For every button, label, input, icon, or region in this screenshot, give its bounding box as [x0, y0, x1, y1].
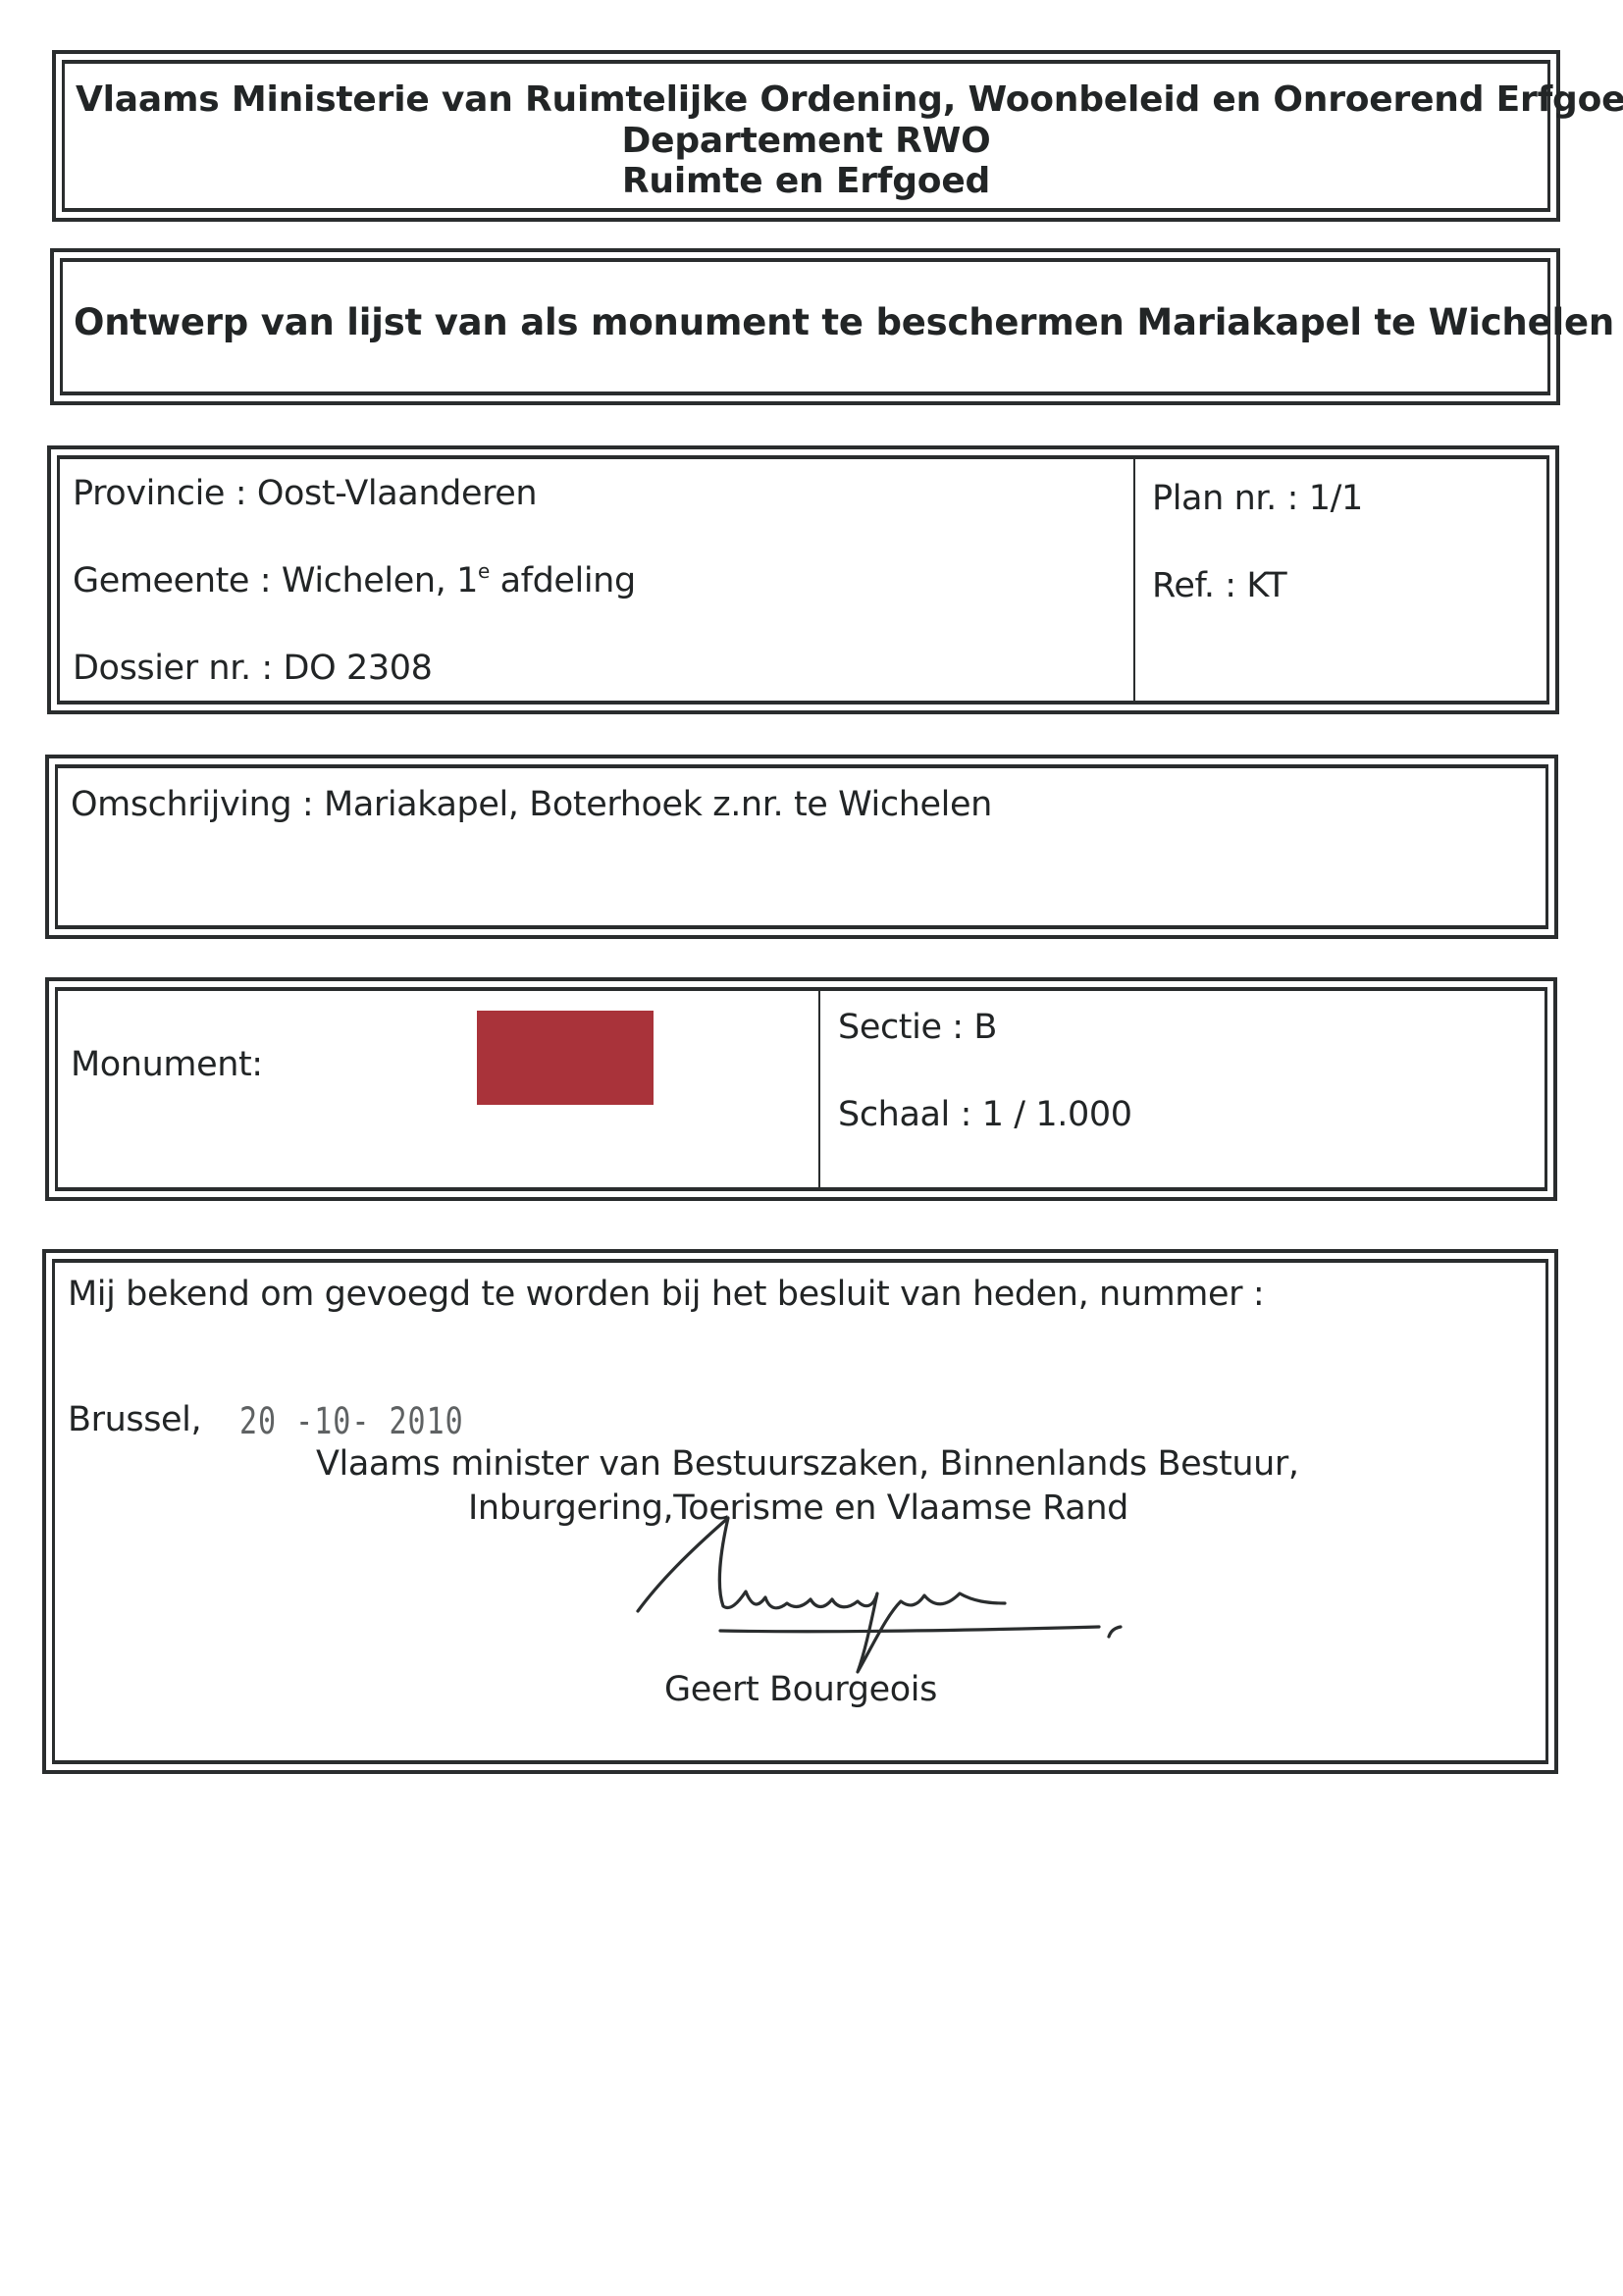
gemeente-field: Gemeente : Wichelen, 1e afdeling — [73, 561, 636, 600]
date-stamp: 20 -10- 2010 — [239, 1400, 464, 1443]
signatory-name: Geert Bourgeois — [664, 1670, 937, 1709]
dossier-field: Dossier nr. : DO 2308 — [73, 649, 432, 688]
description-field: Omschrijving : Mariakapel, Boterhoek z.n… — [71, 785, 992, 824]
monument-color-swatch — [477, 1011, 654, 1105]
place-label: Brussel, — [68, 1400, 201, 1439]
approval-box: Mij bekend om gevoegd te worden bij het … — [42, 1249, 1558, 1774]
gemeente-text: Gemeente : Wichelen, 1 — [73, 561, 478, 600]
ref-field: Ref. : KT — [1152, 566, 1286, 605]
minister-title-line1: Vlaams minister van Bestuurszaken, Binne… — [316, 1444, 1299, 1484]
gemeente-suffix: afdeling — [490, 561, 636, 600]
title-box: Ontwerp van lijst van als monument te be… — [50, 248, 1560, 405]
sectie-field: Sectie : B — [838, 1008, 997, 1047]
legend-box: Monument: Sectie : B Schaal : 1 / 1.000 — [45, 977, 1557, 1201]
department-name: Departement RWO — [56, 121, 1556, 161]
monument-label: Monument: — [71, 1045, 263, 1084]
schaal-field: Schaal : 1 / 1.000 — [838, 1095, 1132, 1134]
ministry-name: Vlaams Ministerie van Ruimtelijke Ordeni… — [76, 79, 1623, 120]
gemeente-superscript: e — [478, 559, 490, 583]
info-divider — [1133, 459, 1135, 701]
approval-statement: Mij bekend om gevoegd te worden bij het … — [68, 1275, 1264, 1314]
division-name: Ruimte en Erfgoed — [56, 161, 1556, 201]
legend-box-inner — [55, 987, 1547, 1191]
info-box: Provincie : Oost-Vlaanderen Gemeente : W… — [47, 445, 1559, 714]
document-title: Ontwerp van lijst van als monument te be… — [74, 301, 1614, 343]
header-box: Vlaams Ministerie van Ruimtelijke Ordeni… — [52, 50, 1560, 222]
legend-divider — [818, 991, 820, 1187]
provincie-field: Provincie : Oost-Vlaanderen — [73, 474, 537, 513]
plan-field: Plan nr. : 1/1 — [1152, 479, 1363, 518]
description-box: Omschrijving : Mariakapel, Boterhoek z.n… — [45, 755, 1558, 939]
